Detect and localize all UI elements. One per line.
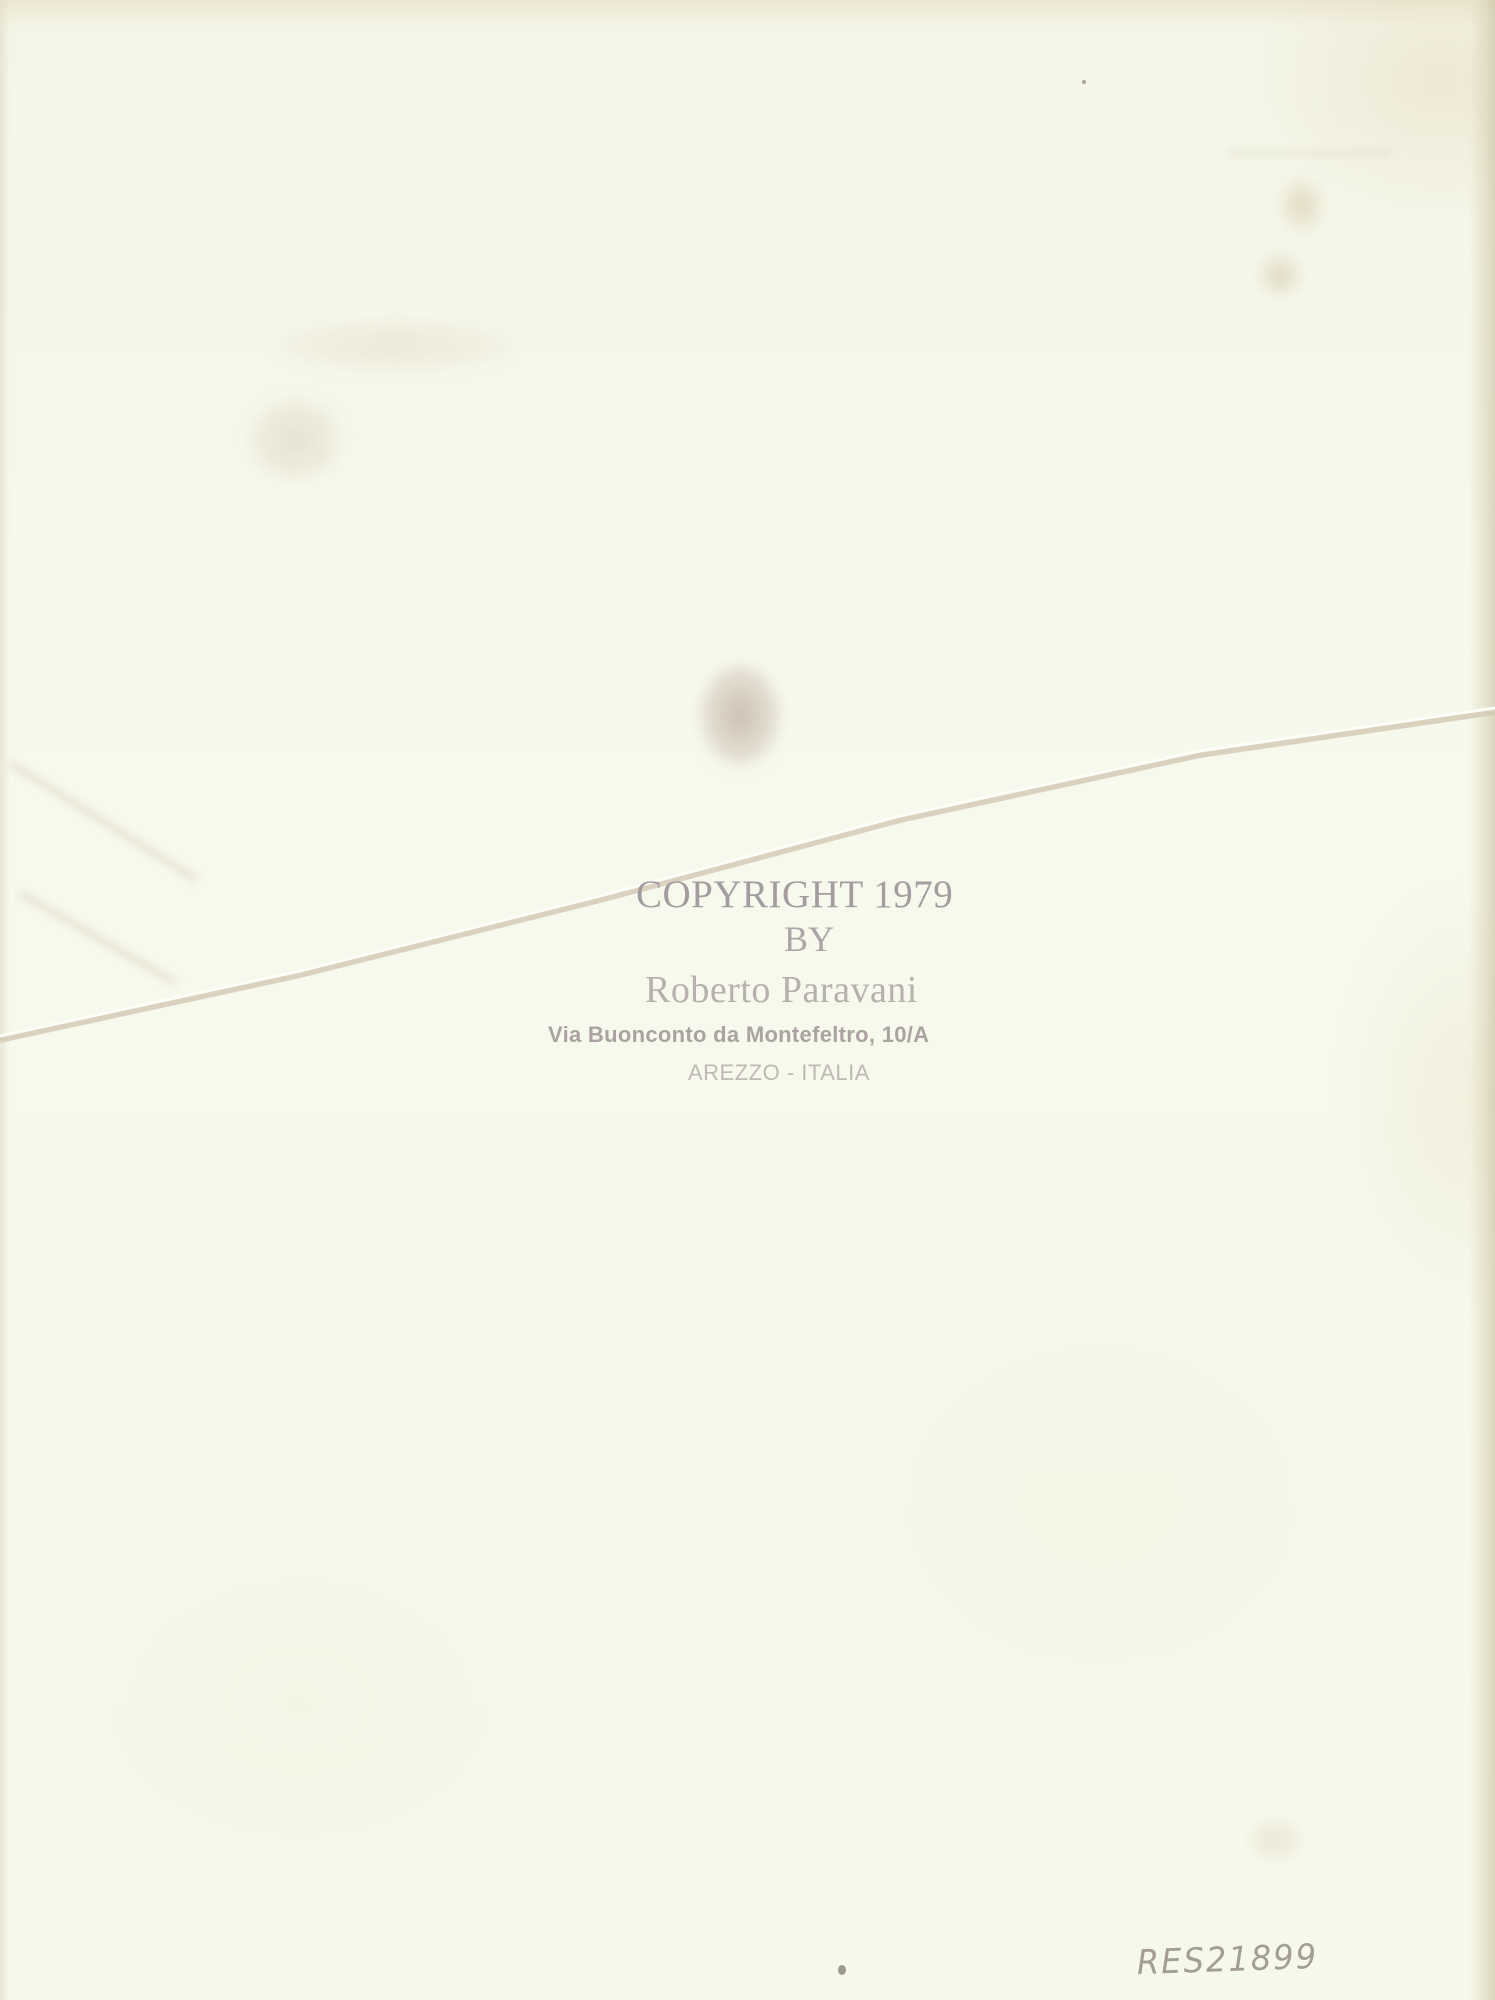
smudge-streak <box>19 890 178 985</box>
faint-stain <box>280 320 510 370</box>
smudge-streak <box>8 760 198 882</box>
author-name: Roberto Paravani <box>645 968 918 1012</box>
edge-stain <box>1250 1820 1300 1860</box>
left-edge-shading <box>0 0 10 2000</box>
top-edge-shading <box>0 0 1495 28</box>
publisher-city: AREZZO - ITALIA <box>688 1060 870 1086</box>
copyright-line: COPYRIGHT 1979 <box>636 872 953 917</box>
publisher-address: Via Buonconto da Montefeltro, 10/A <box>548 1022 929 1048</box>
edge-stain <box>1282 180 1322 230</box>
right-edge-shading <box>1469 0 1495 2000</box>
by-line: BY <box>784 918 834 960</box>
speck <box>1082 80 1086 84</box>
paper-page: COPYRIGHT 1979 BY Roberto Paravani Via B… <box>0 0 1495 2000</box>
handwritten-catalog-number: RES21899 <box>1136 1937 1319 1983</box>
central-stain <box>700 665 780 765</box>
faint-stain <box>250 400 340 480</box>
edge-stain <box>1260 255 1300 295</box>
speck <box>838 1965 846 1975</box>
smudge-streak <box>1230 152 1390 155</box>
